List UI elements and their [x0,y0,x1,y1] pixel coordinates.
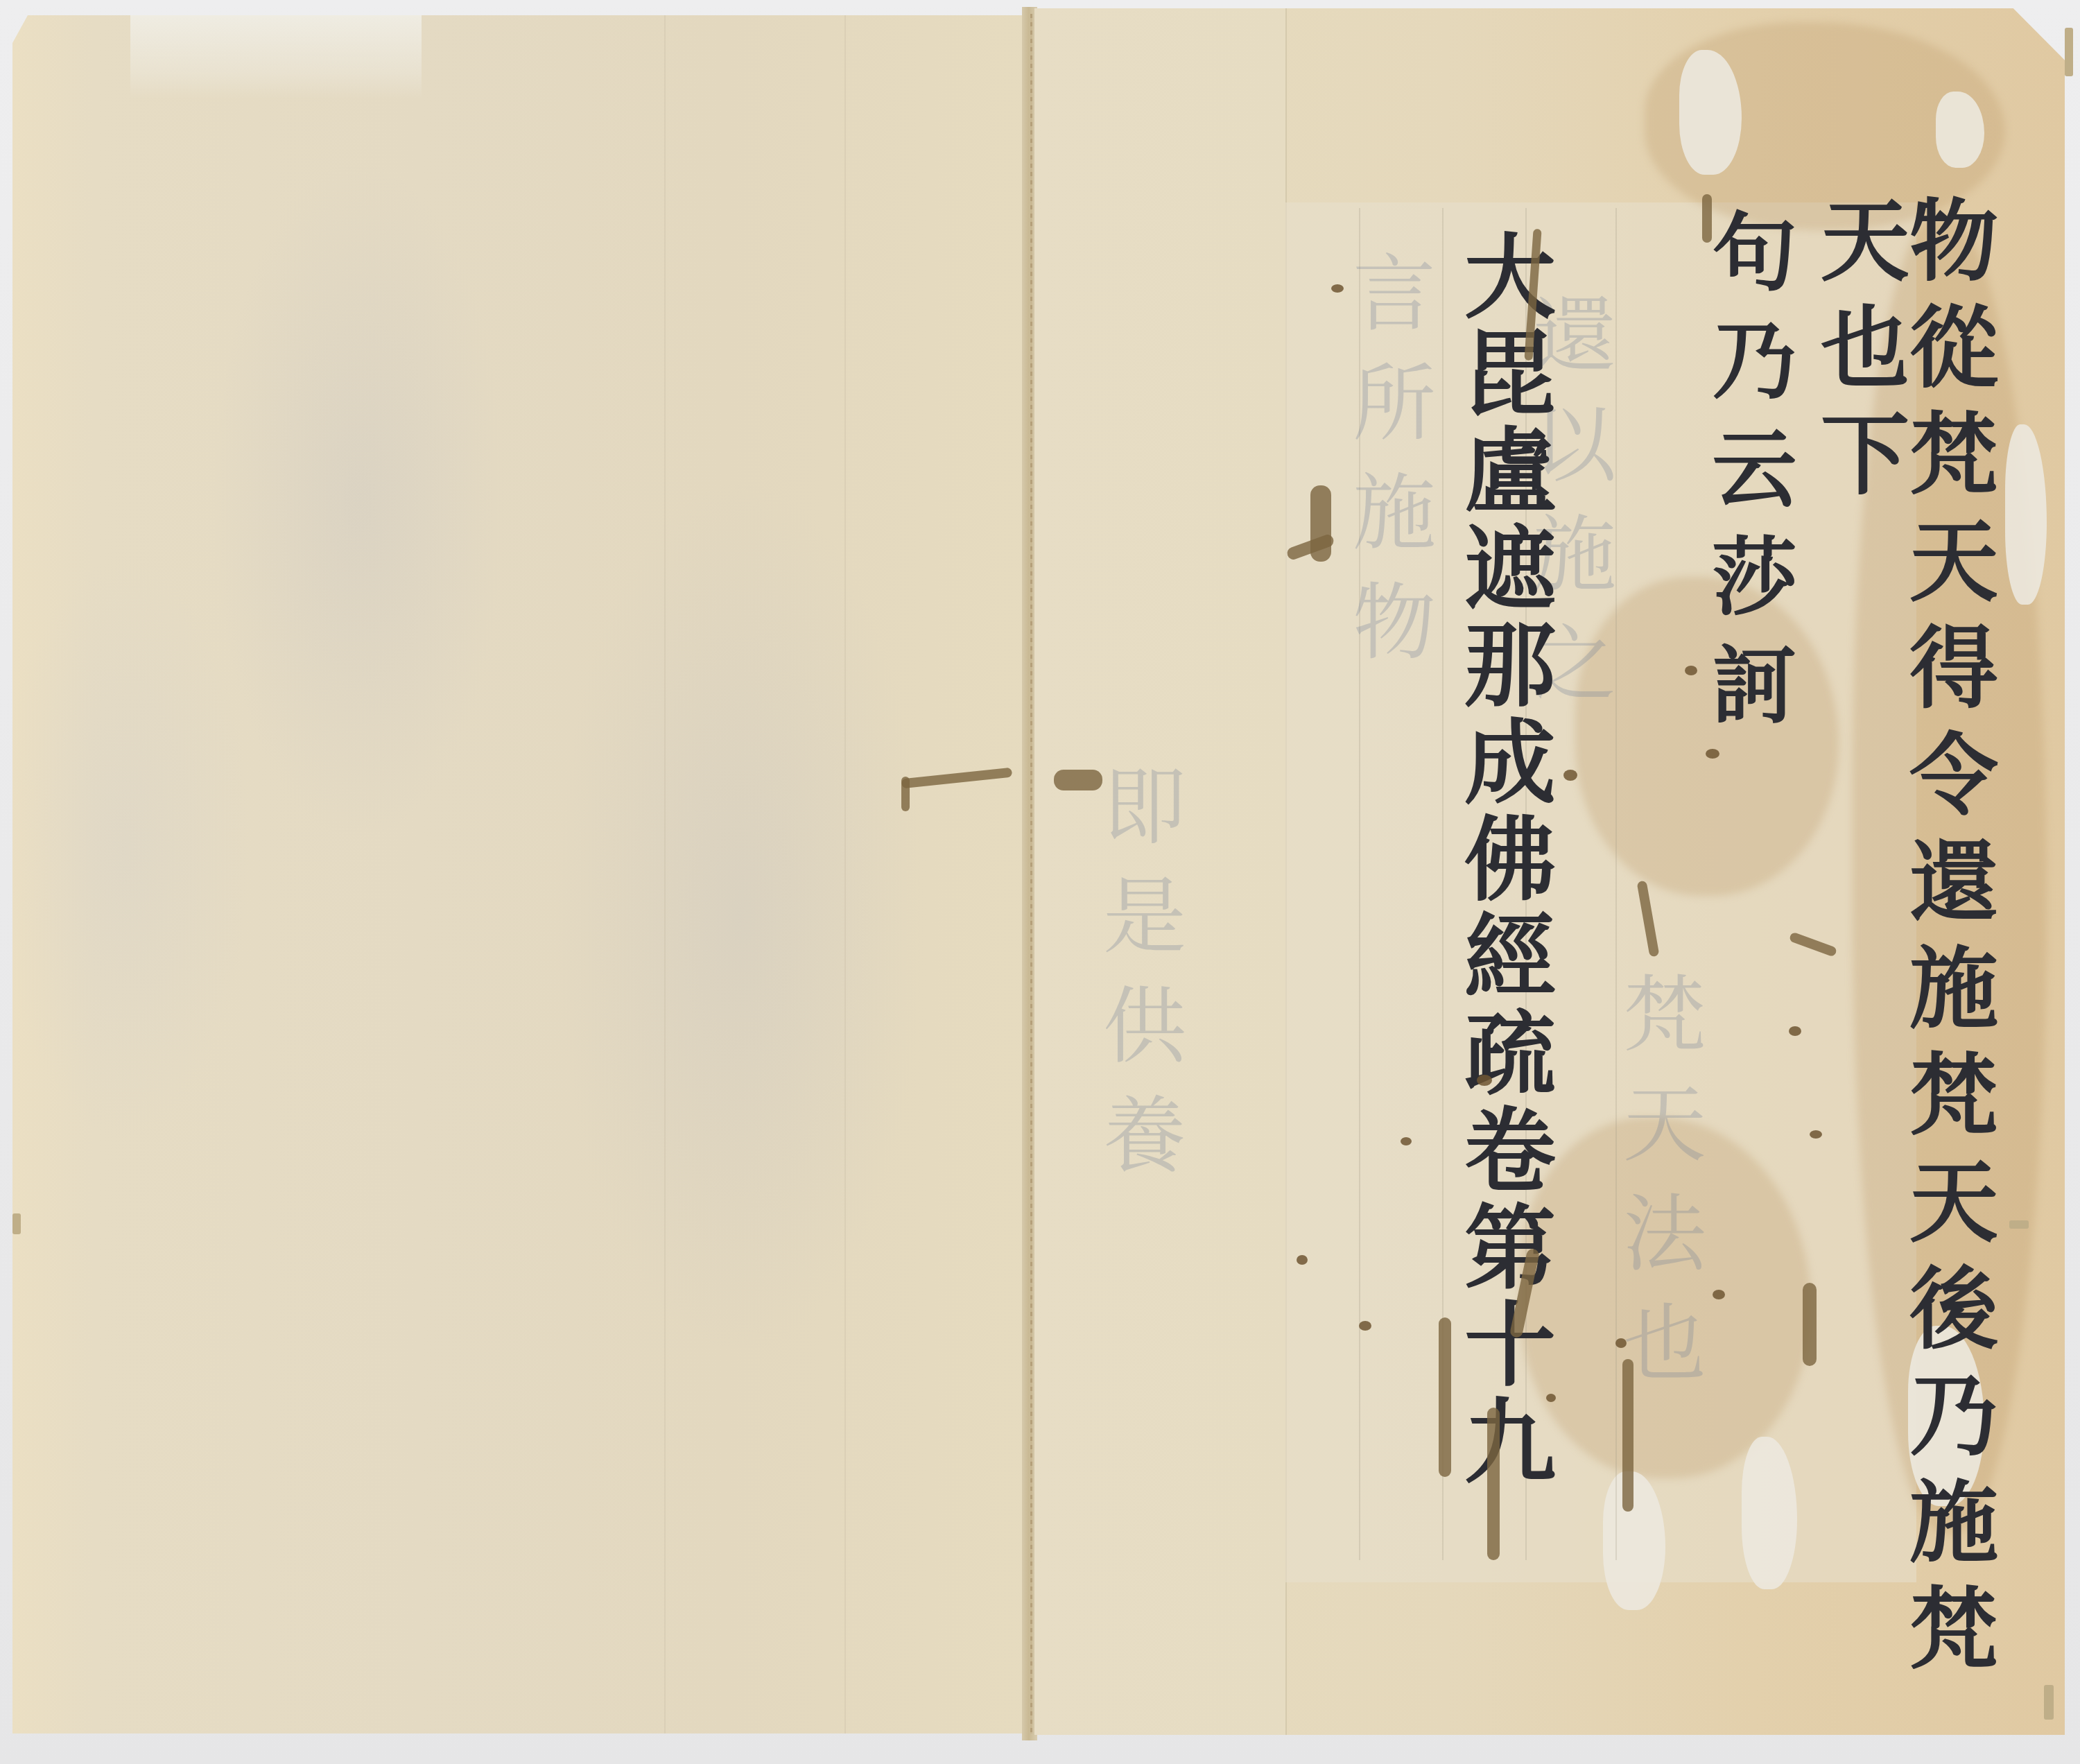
worm-hole [1331,284,1344,293]
page-edge-tear [2009,1220,2029,1229]
worm-hole [1563,770,1577,781]
worm-hole [1615,1338,1627,1348]
worm-hole [1546,1394,1556,1402]
show-through-text: 梵天法也 [1615,971,1699,1409]
page-edge-tear [2044,1685,2054,1720]
worm-hole [1810,1130,1822,1139]
worm-hole [1477,1075,1492,1086]
left-page-faded-corner [130,15,422,98]
insect-tunnel [901,777,910,811]
insect-tunnel [1622,1359,1633,1512]
worm-hole [1359,1321,1371,1331]
volume-title-column: 大毘盧遮那成佛經疏卷第十九 [1456,229,1548,1491]
text-column-1: 物從梵天得令還施梵天後乃施梵天也下 [1813,194,1991,1764]
left-page [12,15,1030,1733]
page-edge-tear [12,1213,21,1234]
text-column-2: 句乃云莎訶 [1706,208,1790,749]
show-through-text: 言所施物 [1345,250,1428,688]
left-page-fold-line [844,15,846,1733]
binding-edge [1030,14,1032,1733]
show-through-text: 即是供養 [1095,763,1179,1201]
worm-hole [1713,1290,1725,1299]
insect-tunnel [1803,1283,1817,1366]
worm-hole [1789,1026,1801,1036]
insect-tunnel [1487,1408,1500,1560]
worm-hole [1685,666,1697,675]
worm-hole [1401,1137,1412,1145]
worm-hole [1706,749,1719,759]
paper-abrasion [2005,424,2047,605]
page-edge-tear [2065,28,2073,76]
insect-tunnel [1439,1317,1451,1477]
insect-tunnel [1702,194,1712,243]
insect-tunnel [1054,770,1102,790]
worm-hole [1297,1255,1308,1265]
left-page-fold-line [664,15,666,1733]
